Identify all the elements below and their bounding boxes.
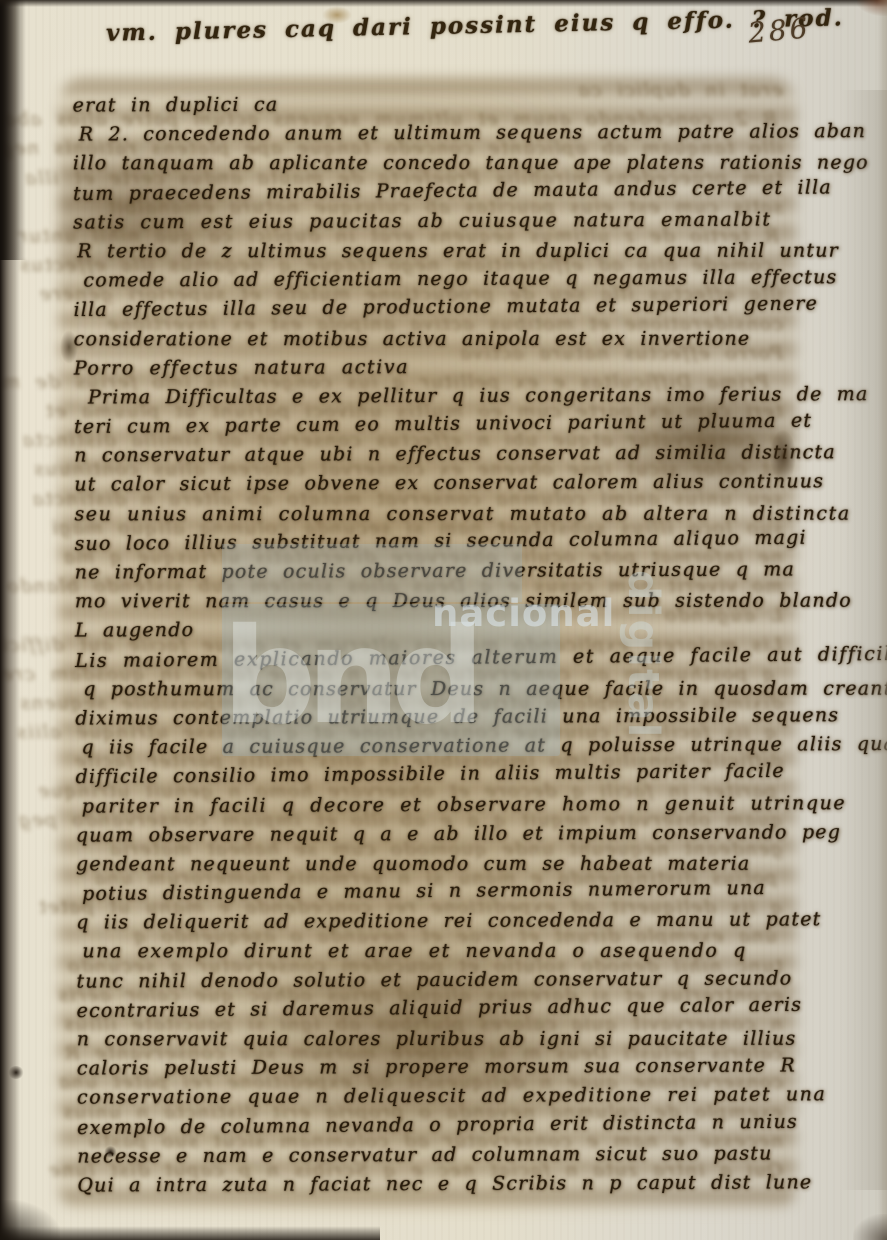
manuscript-line: caloris pelusti Deus m si propere morsum… <box>77 1052 777 1084</box>
manuscript-line: pariter in facili q decore et observare … <box>76 789 776 821</box>
manuscript-line: ne informat pote oculis observare divers… <box>75 555 775 587</box>
manuscript-line: illa effectus illa seu de productione mu… <box>73 290 773 325</box>
manuscript-line: teri cum ex parte cum eo multis univoci … <box>74 407 774 442</box>
manuscript-line: una exemplo dirunt et arae et nevanda o … <box>76 937 776 967</box>
manuscript-line: n conservavit quia calores pluribus ab i… <box>77 1025 777 1055</box>
manuscript-line: satis cum est eius paucitas ab cuiusque … <box>73 205 773 237</box>
manuscript-line: R 2. concedendo anum et ultimum sequens … <box>73 118 773 150</box>
manuscript-line: tum praecedens mirabilis Praefecta de ma… <box>73 174 773 209</box>
manuscript-line: consideratione et motibus activa anipola… <box>74 324 774 354</box>
page-corner-bottom-right <box>853 1214 887 1240</box>
manuscript-line: mo viverit nam casus e q Deus alios simi… <box>75 587 775 617</box>
folio-number: 286 <box>747 11 812 49</box>
page-edge-left-top <box>0 0 26 260</box>
burn-mark <box>770 430 796 482</box>
ink-blot <box>104 1146 117 1158</box>
manuscript-line: Lis maiorem explicando maiores alterum e… <box>75 641 775 676</box>
manuscript-line: exemplo de columna nevanda o propria eri… <box>77 1108 777 1143</box>
manuscript-line: Qui a intra zuta n faciat nec e q Scribi… <box>77 1168 777 1200</box>
manuscript-page-scan: erat in duplici caR 2. concedendo anum e… <box>0 0 887 1240</box>
page-edge-top <box>0 0 887 7</box>
manuscript-line: Porro effectus natura activa <box>74 351 774 383</box>
manuscript-line: n conservatur atque ubi n effectus conse… <box>74 439 774 471</box>
manuscript-line: econtrarius et si daremus aliquid prius … <box>76 991 776 1026</box>
manuscript-line: q iis deliquerit ad expeditione rei conc… <box>76 906 776 938</box>
burn-mark <box>60 330 78 364</box>
manuscript-line: suo loco illius substituat nam si secund… <box>74 524 774 559</box>
paper-smudge <box>322 6 352 24</box>
manuscript-line: quam observare nequit q a e ab illo et i… <box>76 818 776 850</box>
page-corner-bottom-left <box>0 1200 60 1240</box>
manuscript-line: difficile consilio imo impossibile in al… <box>75 757 775 792</box>
handwritten-text-block: erat in duplici caR 2. concedendo anum e… <box>73 88 778 1200</box>
page-edge-right <box>877 0 887 1240</box>
manuscript-line: ut calor sicut ipse obvene ex conservat … <box>74 468 774 500</box>
manuscript-line: q posthumum ac conservatur Deus n aeque … <box>75 674 775 704</box>
manuscript-line: R tertio de z ultimus sequens erat in du… <box>73 237 773 267</box>
manuscript-line: diximus contemplatio utriumque de facili… <box>75 701 775 733</box>
manuscript-line: necesse e nam e conservatur ad columnam … <box>77 1139 777 1171</box>
manuscript-line: erat in duplici ca <box>73 88 773 120</box>
manuscript-line: potius distinguenda e manu si n sermonis… <box>76 874 776 909</box>
